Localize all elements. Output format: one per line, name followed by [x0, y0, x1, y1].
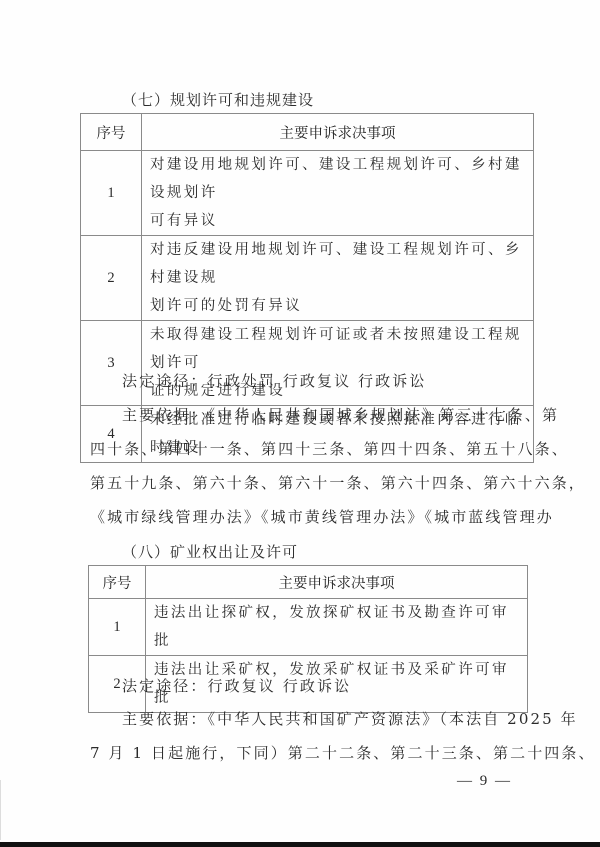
row-number: 1: [81, 151, 142, 236]
header-serial-number: 序号: [81, 114, 142, 151]
section-7-legal-route: 法定途径：行政处罚 行政复议 行政诉讼: [122, 370, 426, 391]
section-8-heading: （八）矿业权出让及许可: [122, 541, 298, 562]
row-text-line: 对违反建设用地规划许可、建设工程规划许可、乡村建设规: [150, 236, 525, 292]
row-text-line: 对建设用地规划许可、建设工程规划许可、乡村建设规划许: [150, 151, 525, 207]
section-7-basis-line: 主要依据：《中华人民共和国城乡规划法》第三十七条、第: [122, 404, 559, 425]
section-8-basis-line: 主要依据：《中华人民共和国矿产资源法》（本法自 2025 年: [122, 708, 578, 729]
table-header-row: 序号 主要申诉求决事项: [81, 114, 534, 151]
header-main-matters: 主要申诉求决事项: [142, 114, 534, 151]
section-8-basis-line: 7 月 1 日起施行，下同）第二十二条、第二十三条、第二十四条、: [90, 742, 596, 763]
row-text-line: 划许可的处罚有异议: [150, 292, 525, 320]
table-header-row: 序号 主要申诉求决事项: [89, 566, 528, 599]
header-main-matters: 主要申诉求决事项: [146, 566, 528, 599]
page-number: — 9 —: [457, 773, 512, 790]
section-7-basis-line: 第五十九条、第六十条、第六十一条、第六十四条、第六十六条，: [90, 472, 586, 493]
row-number: 3: [81, 321, 142, 406]
row-number: 2: [81, 236, 142, 321]
table-row: 3 未取得建设工程规划许可证或者未按照建设工程规划许可 证的规定进行建设: [81, 321, 534, 406]
row-text: 对违反建设用地规划许可、建设工程规划许可、乡村建设规 划许可的处罚有异议: [142, 236, 534, 321]
table-row: 1 违法出让探矿权，发放探矿权证书及勘查许可审批: [89, 599, 528, 656]
row-text: 对建设用地规划许可、建设工程规划许可、乡村建设规划许 可有异议: [142, 151, 534, 236]
table-row: 2 对违反建设用地规划许可、建设工程规划许可、乡村建设规 划许可的处罚有异议: [81, 236, 534, 321]
section-7-basis-line: 四十条、第四十一条、第四十三条、第四十四条、第五十八条、: [90, 438, 569, 459]
section-8-legal-route: 法定途径：行政复议 行政诉讼: [122, 675, 351, 696]
row-text-line: 可有异议: [150, 207, 525, 235]
document-page: （七）规划许可和违规建设 序号 主要申诉求决事项 1 对建设用地规划许可、建设工…: [0, 0, 600, 847]
table-row: 1 对建设用地规划许可、建设工程规划许可、乡村建设规划许 可有异议: [81, 151, 534, 236]
section-7-heading: （七）规划许可和违规建设: [122, 89, 314, 110]
row-text-line: 未取得建设工程规划许可证或者未按照建设工程规划许可: [150, 321, 525, 377]
header-serial-number: 序号: [89, 566, 146, 599]
row-number: 1: [89, 599, 146, 656]
scan-bottom-bar: [0, 842, 600, 847]
scan-edge: [0, 780, 5, 840]
section-7-basis-line: 《城市绿线管理办法》《城市黄线管理办法》《城市蓝线管理办: [90, 506, 554, 527]
row-text: 违法出让探矿权，发放探矿权证书及勘查许可审批: [146, 599, 528, 656]
row-text: 未取得建设工程规划许可证或者未按照建设工程规划许可 证的规定进行建设: [142, 321, 534, 406]
